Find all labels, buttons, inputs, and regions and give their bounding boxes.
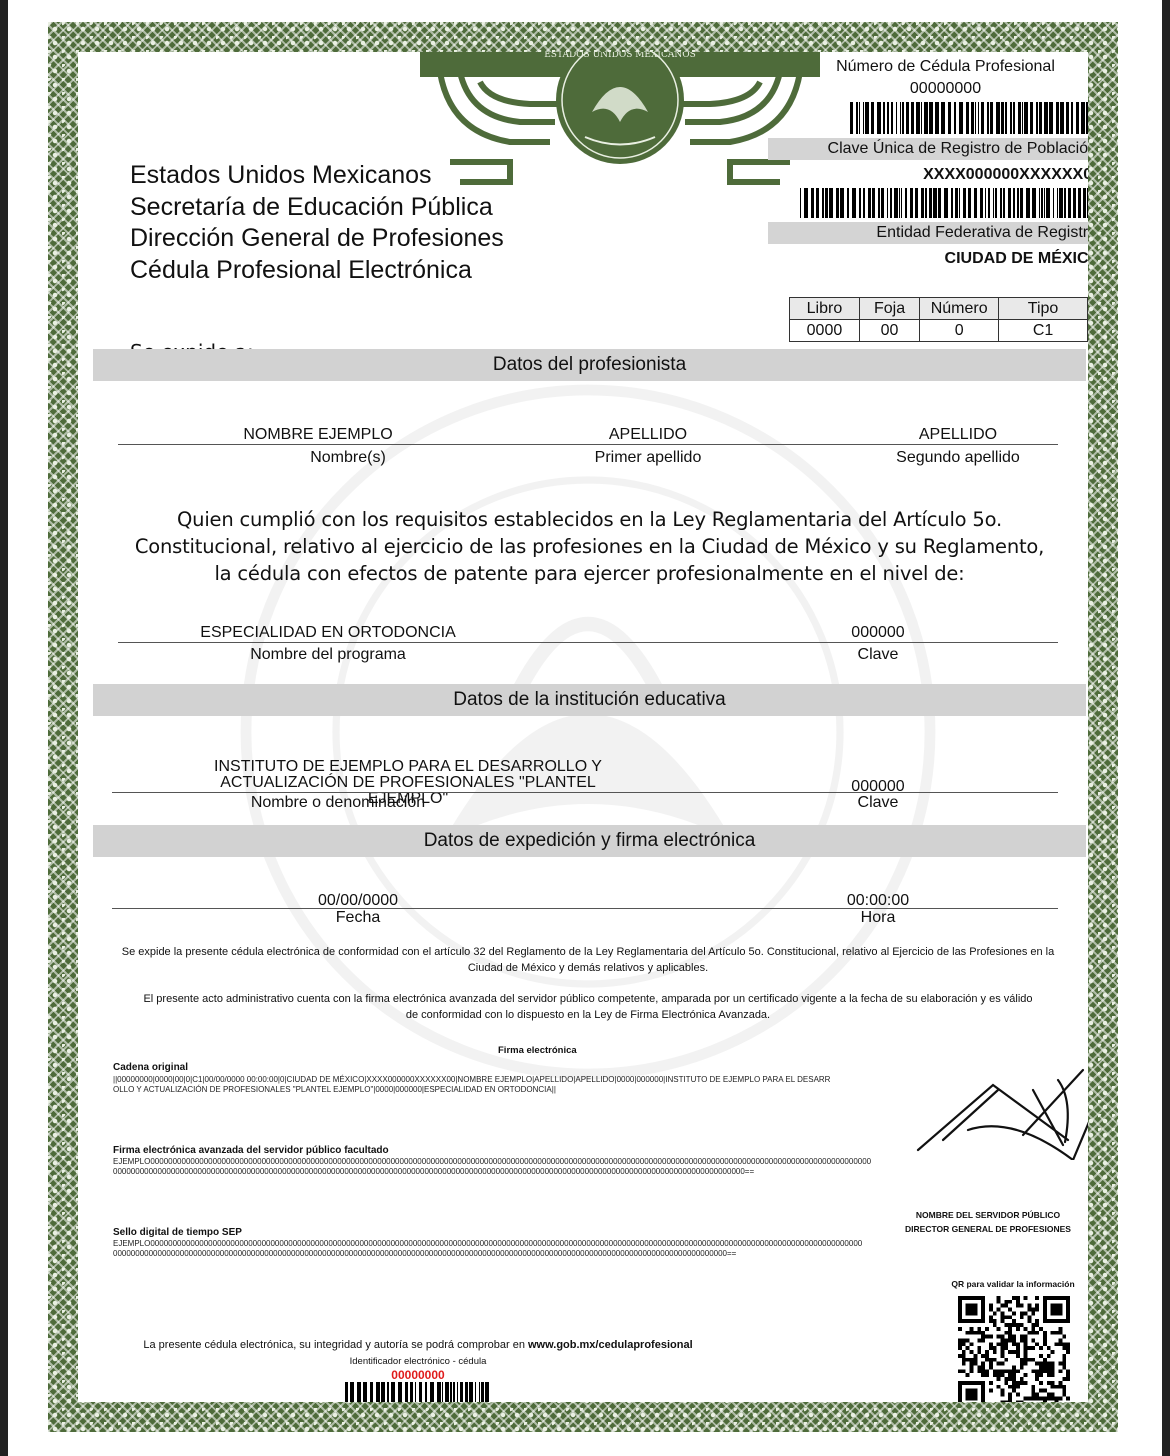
signer-title: DIRECTOR GENERAL DE PROFESIONES [878, 1222, 1088, 1236]
ornamental-border: ESTADOS UNIDOS MEXICANOS Estados Unidos … [48, 22, 1118, 1432]
electronic-identifier-value: 00000000 [118, 1368, 718, 1382]
second-surname-label: Segundo apellido [858, 449, 1058, 467]
given-names-label: Nombre(s) [248, 449, 448, 467]
section-band-professional: Datos del profesionista [93, 349, 1086, 381]
registry-table: Libro Foja Número Tipo 0000 00 0 C1 [789, 297, 1088, 342]
registry-block: Número de Cédula Profesional 00000000 Cl… [768, 58, 1088, 268]
issuer-title-block: Estados Unidos Mexicanos Secretaría de E… [130, 160, 504, 286]
cadena-original-label: Cadena original [113, 1062, 188, 1073]
issue-time-label: Hora [818, 909, 938, 927]
given-names-value: NOMBRE EJEMPLO [218, 426, 418, 444]
institution-underline [112, 792, 1058, 793]
verification-prefix: La presente cédula electrónica, su integ… [143, 1339, 528, 1351]
qr-label: QR para validar la información [938, 1279, 1088, 1289]
title-line-document-type: Cédula Profesional Electrónica [130, 255, 504, 287]
first-surname-label: Primer apellido [548, 449, 748, 467]
first-surname-value: APELLIDO [548, 426, 748, 444]
legal-paragraph-2: El presente acto administrativo cuenta c… [138, 992, 1038, 1023]
institution-line-1: INSTITUTO DE EJEMPLO PARA EL DESARROLLO … [208, 759, 608, 775]
registry-value-foja: 00 [859, 320, 919, 342]
registry-header-tipo: Tipo [999, 298, 1088, 320]
svg-text:ESTADOS UNIDOS MEXICANOS: ESTADOS UNIDOS MEXICANOS [544, 52, 696, 60]
institution-code-label: Clave [818, 794, 938, 812]
left-edge-strip [0, 0, 8, 1456]
professional-name-row: NOMBRE EJEMPLO APELLIDO APELLIDO Nombre(… [118, 422, 1058, 472]
registry-header-numero: Número [920, 298, 999, 320]
cadena-original-value: ||00000000|0000|00|0|C1|00/00/0000 00:00… [113, 1075, 833, 1094]
electronic-signature-heading: Firma electrónica [498, 1045, 577, 1056]
second-surname-value: APELLIDO [858, 426, 1058, 444]
curp-barcode-icon [800, 188, 1088, 218]
name-underline [118, 444, 1058, 445]
program-code-label: Clave [818, 646, 938, 664]
statement-line-3: la cédula con efectos de patente para ej… [93, 560, 1086, 587]
statement-line-2: Constitucional, relativo al ejercicio de… [93, 533, 1086, 560]
entity-value: CIUDAD DE MÉXICO [768, 250, 1088, 268]
title-line-ministry: Secretaría de Educación Pública [130, 192, 504, 224]
section-band-issuance: Datos de expedición y firma electrónica [93, 825, 1086, 857]
registry-value-numero: 0 [920, 320, 999, 342]
watermark-seal-icon [228, 372, 948, 1092]
program-code-value: 000000 [818, 624, 938, 642]
signer-name: NOMBRE DEL SERVIDOR PÚBLICO [878, 1208, 1088, 1222]
sello-digital-value: EJEMPLO000000000000000000000000000000000… [113, 1239, 863, 1258]
cedula-number-value: 00000000 [788, 80, 1088, 98]
program-name-label: Nombre del programa [178, 646, 478, 664]
issuance-row: 00/00/0000 00:00:00 Fecha Hora [118, 892, 1058, 932]
qr-code-icon[interactable] [958, 1296, 1070, 1402]
title-line-directorate: Dirección General de Profesiones [130, 223, 504, 255]
program-name-value: ESPECIALIDAD EN ORTODONCIA [178, 624, 478, 642]
firma-avanzada-label: Firma electrónica avanzada del servidor … [113, 1145, 389, 1156]
legal-paragraph-1: Se expide la presente cédula electrónica… [108, 945, 1068, 976]
identifier-barcode-icon [345, 1382, 491, 1402]
issue-date-label: Fecha [258, 909, 458, 927]
registry-value-tipo: C1 [999, 320, 1088, 342]
right-edge-strip [1162, 0, 1170, 1456]
program-underline [118, 642, 1058, 643]
verification-text: La presente cédula electrónica, su integ… [118, 1339, 718, 1351]
signer-block: NOMBRE DEL SERVIDOR PÚBLICO DIRECTOR GEN… [878, 1208, 1088, 1236]
compliance-statement: Quien cumplió con los requisitos estable… [93, 506, 1086, 587]
section-band-institution: Datos de la institución educativa [93, 684, 1086, 716]
institution-line-2: ACTUALIZACIÓN DE PROFESIONALES "PLANTEL [208, 775, 608, 791]
curp-value: XXXX000000XXXXXX00 [768, 166, 1088, 184]
verification-url-link[interactable]: www.gob.mx/cedulaprofesional [528, 1339, 693, 1351]
certificate-paper: ESTADOS UNIDOS MEXICANOS Estados Unidos … [78, 52, 1088, 1402]
registry-header-foja: Foja [859, 298, 919, 320]
registry-value-libro: 0000 [790, 320, 860, 342]
program-row: ESPECIALIDAD EN ORTODONCIA 000000 Nombre… [118, 620, 1058, 670]
cedula-number-label: Número de Cédula Profesional [788, 58, 1088, 76]
institution-name-label: Nombre o denominación [188, 794, 488, 812]
handwritten-signature-icon [903, 1060, 1088, 1160]
electronic-identifier-label: Identificador electrónico - cédula [118, 1356, 718, 1367]
firma-avanzada-value: EJEMPLO000000000000000000000000000000000… [113, 1157, 873, 1176]
registry-header-libro: Libro [790, 298, 860, 320]
curp-label: Clave Única de Registro de Población [768, 138, 1088, 160]
statement-line-1: Quien cumplió con los requisitos estable… [93, 506, 1086, 533]
entity-label: Entidad Federativa de Registro [768, 222, 1088, 244]
sello-digital-label: Sello digital de tiempo SEP [113, 1227, 242, 1238]
title-line-country: Estados Unidos Mexicanos [130, 160, 504, 192]
cedula-barcode-icon [850, 102, 1088, 134]
